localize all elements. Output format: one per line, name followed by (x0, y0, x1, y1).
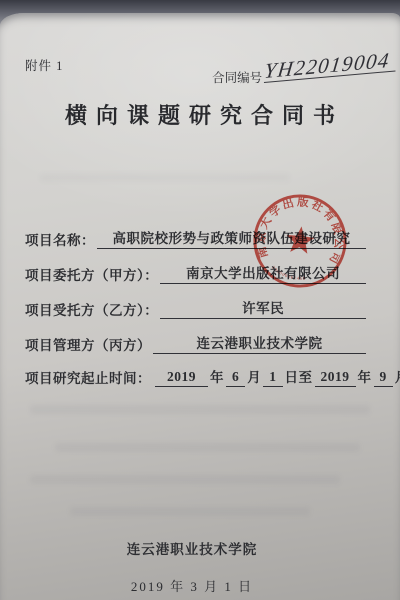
footer-organization: 连云港职业技术学院 (0, 538, 392, 558)
seal-star-icon (285, 225, 316, 254)
start-year: 2019 (155, 369, 208, 387)
field-manager-party-c-value: 连云港职业技术学院 (153, 332, 366, 354)
year-char-2: 年 (356, 366, 374, 387)
contract-document-page: 附件 1 合同编号 YH22019004 横向课题研究合同书 项目名称： 高职院… (0, 13, 400, 600)
show-through-text-ghost (70, 507, 310, 516)
field-manager-party-c: 项目管理方（丙方） 连云港职业技术学院 (25, 334, 366, 354)
field-project-name-label: 项目名称： (25, 229, 95, 249)
research-period-values: 2019 年 6 月 1 日至 2019 年 9 月 30 日 (155, 366, 400, 387)
field-trustee-party-b-value: 许军民 (160, 297, 366, 319)
field-trustee-party-b-label: 项目受托方（乙方）： (25, 299, 158, 319)
show-through-text-ghost (55, 443, 360, 452)
day-to-chars: 日至 (283, 366, 315, 387)
year-char: 年 (208, 366, 226, 387)
field-research-period-label: 项目研究起止时间： (25, 367, 151, 387)
start-month: 6 (226, 369, 245, 387)
field-client-party-a-label: 项目委托方（甲方）： (25, 264, 158, 284)
field-research-period: 项目研究起止时间： 2019 年 6 月 1 日至 2019 年 9 月 30 … (25, 367, 366, 387)
show-through-text-ghost (30, 405, 370, 414)
end-month: 9 (374, 369, 393, 387)
field-trustee-party-b: 项目受托方（乙方）： 许军民 (25, 299, 366, 319)
show-through-text-ghost (30, 475, 340, 484)
footer-date: 2019 年 3 月 1 日 (0, 576, 392, 595)
field-manager-party-c-label: 项目管理方（丙方） (25, 334, 151, 354)
contract-number: 合同编号 YH22019004 (212, 57, 396, 89)
show-through-text-ghost (40, 173, 290, 182)
company-seal-stamp: 南京大学出版社有限公司 200000061458 (246, 187, 354, 295)
month-char-2: 月 (393, 366, 400, 387)
start-day: 1 (263, 369, 282, 387)
month-char: 月 (245, 366, 263, 387)
document-title: 横向课题研究合同书 (0, 99, 400, 130)
contract-number-label: 合同编号 (212, 68, 262, 89)
contract-number-underline: YH22019004 (262, 46, 396, 83)
contract-number-handwritten-value: YH22019004 (263, 48, 391, 84)
attachment-label: 附件 1 (25, 56, 63, 74)
end-year: 2019 (315, 369, 356, 387)
